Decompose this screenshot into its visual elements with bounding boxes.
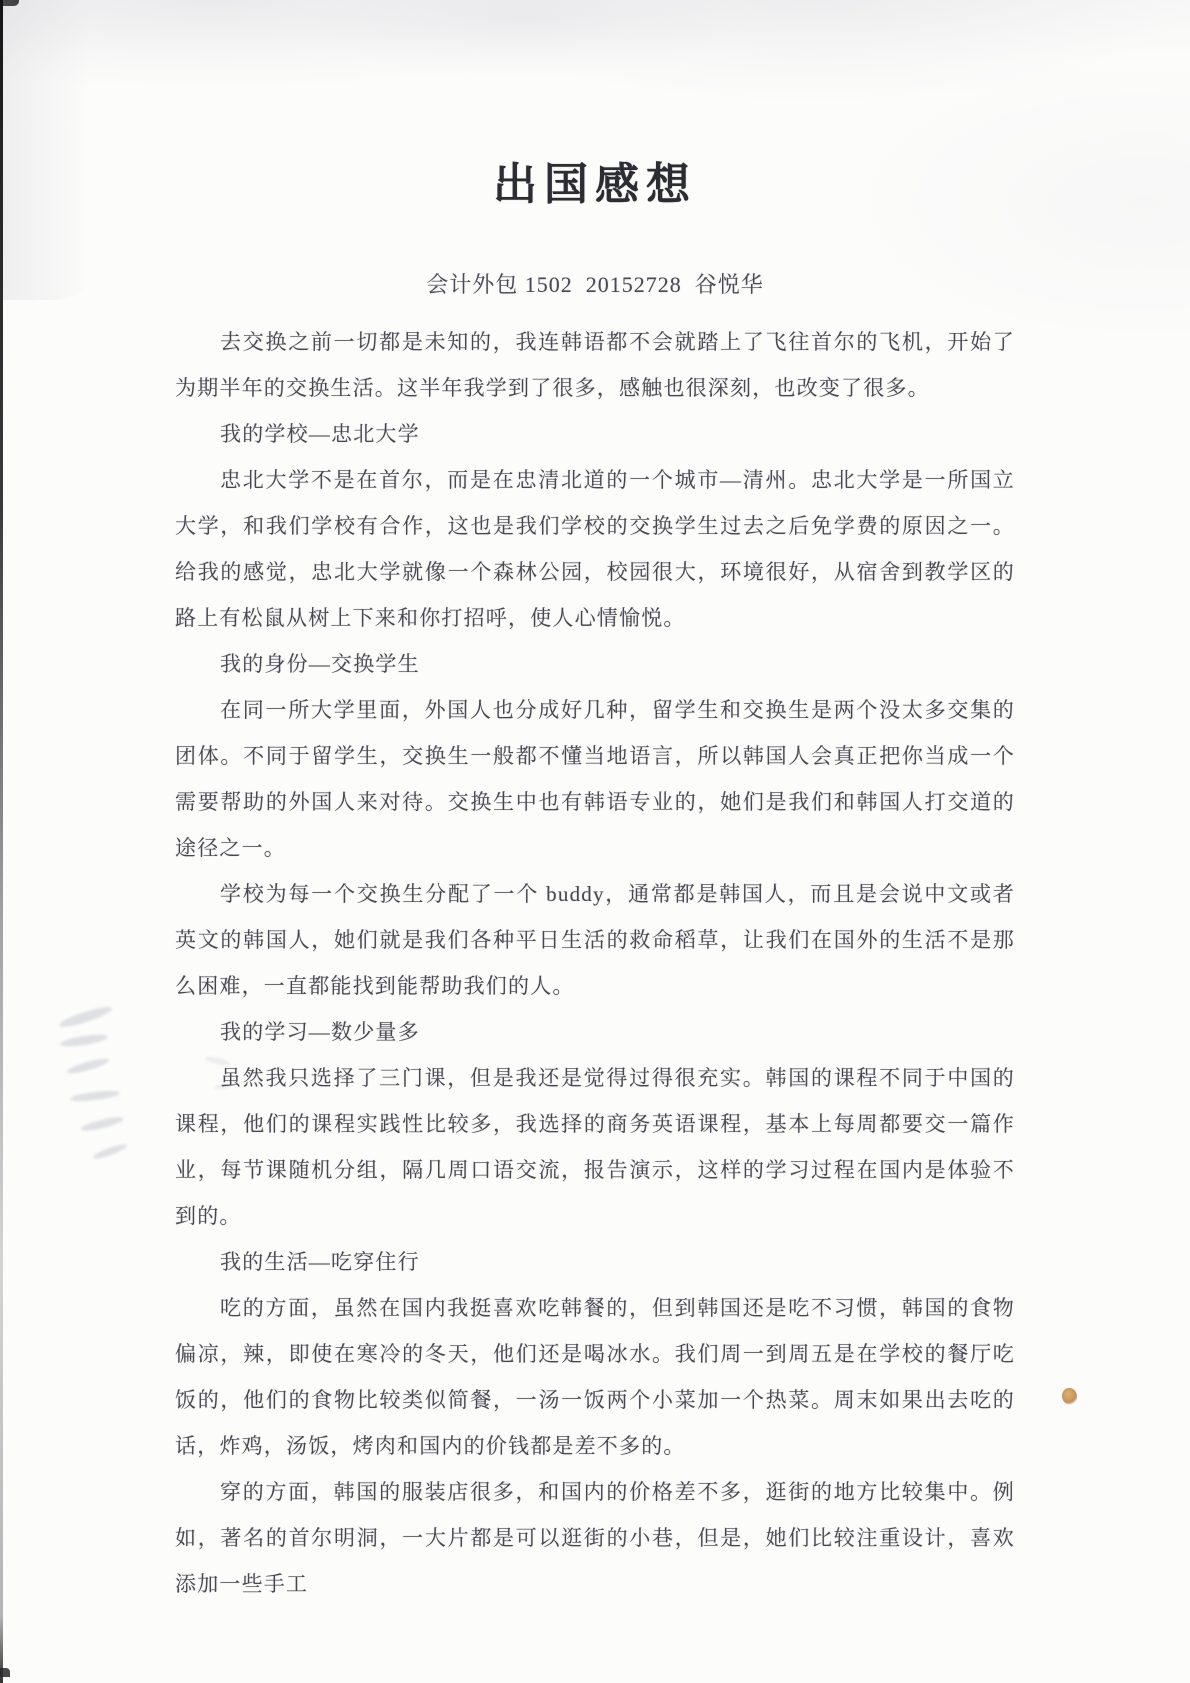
document-content: 出国感想 会计外包 1502 20152728 谷悦华 去交换之前一切都是未知的… <box>175 0 1015 1607</box>
scan-top-left-corner-artifact <box>0 0 19 6</box>
pencil-smudge <box>92 1142 128 1161</box>
paper-stain <box>1062 1388 1077 1405</box>
doc-paragraph: 在同一所大学里面，外国人也分成好几种，留学生和交换生是两个没太多交集的团体。不同… <box>175 687 1015 871</box>
document-title: 出国感想 <box>175 148 1015 212</box>
paper-corner-shadow <box>3 0 113 300</box>
doc-paragraph: 吃的方面，虽然在国内我挺喜欢吃韩餐的，但到韩国还是吃不习惯，韩国的食物偏凉，辣，… <box>175 1285 1015 1469</box>
doc-paragraph: 虽然我只选择了三门课，但是我还是觉得过得很充实。韩国的课程不同于中国的课程，他们… <box>175 1055 1015 1239</box>
section-heading-study: 我的学习—数少量多 <box>175 1009 1015 1055</box>
pencil-smudge <box>80 1115 125 1133</box>
pencil-smudge <box>60 1032 109 1048</box>
scanned-document-page: 出国感想 会计外包 1502 20152728 谷悦华 去交换之前一切都是未知的… <box>0 0 1190 1683</box>
pencil-smudge <box>66 1056 111 1076</box>
doc-paragraph: 去交换之前一切都是未知的，我连韩语都不会就踏上了飞往首尔的飞机，开始了为期半年的… <box>175 319 1015 411</box>
pencil-smudge <box>58 1004 113 1031</box>
doc-paragraph: 学校为每一个交换生分配了一个 buddy，通常都是韩国人，而且是会说中文或者英文… <box>175 871 1015 1009</box>
section-heading-identity: 我的身份—交换学生 <box>175 641 1015 687</box>
pencil-smudge <box>70 1089 121 1103</box>
section-heading-life: 我的生活—吃穿住行 <box>175 1239 1015 1285</box>
section-heading-school: 我的学校—忠北大学 <box>175 411 1015 457</box>
scan-left-edge-artifact <box>0 0 3 1683</box>
document-byline: 会计外包 1502 20152728 谷悦华 <box>175 268 1015 299</box>
doc-paragraph: 忠北大学不是在首尔，而是在忠清北道的一个城市—清州。忠北大学是一所国立大学，和我… <box>175 457 1015 641</box>
scan-bottom-left-corner-artifact <box>0 1668 10 1677</box>
doc-paragraph: 穿的方面，韩国的服装店很多，和国内的价格差不多，逛街的地方比较集中。例如，著名的… <box>175 1469 1015 1607</box>
